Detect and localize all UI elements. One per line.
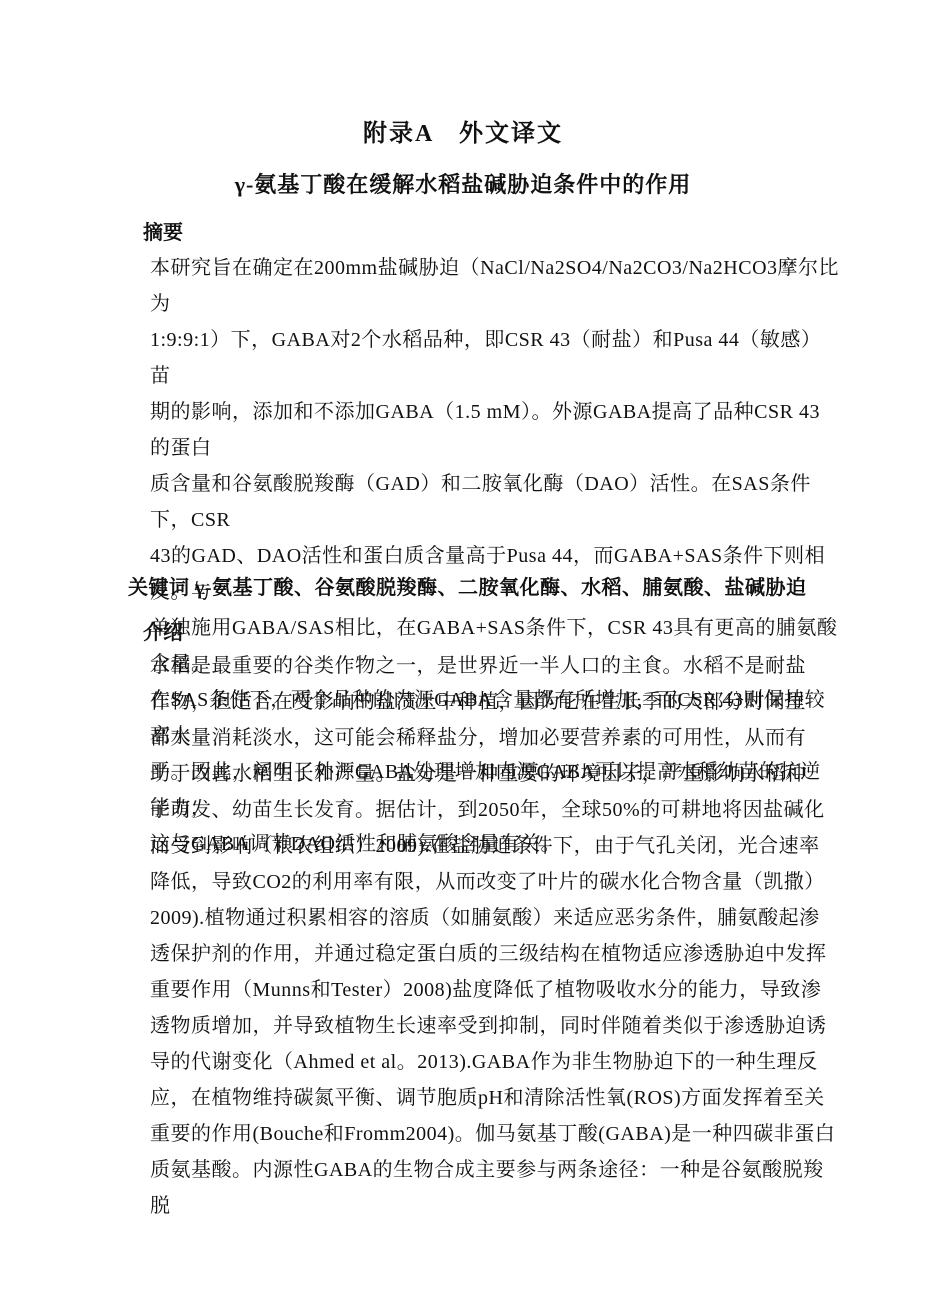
article-title: γ-氨基丁酸在缓解水稻盐碱胁迫条件中的作用	[0, 168, 926, 199]
abstract-heading: 摘要	[143, 216, 183, 245]
introduction-paragraph: 水稻是最重要的谷类作物之一，是世界近一半人口的主食。水稻不是耐盐 作物，但适合在…	[150, 648, 840, 1224]
introduction-heading: 介绍	[143, 616, 183, 645]
appendix-title: 附录A 外文译文	[0, 113, 926, 148]
document-page: 附录A 外文译文 γ-氨基丁酸在缓解水稻盐碱胁迫条件中的作用 摘要 本研究旨在确…	[0, 0, 926, 1309]
keywords-line: 关键词 γ-氨基丁酸、谷氨酸脱羧酶、二胺氧化酶、水稻、脯氨酸、盐碱胁迫	[128, 574, 828, 602]
